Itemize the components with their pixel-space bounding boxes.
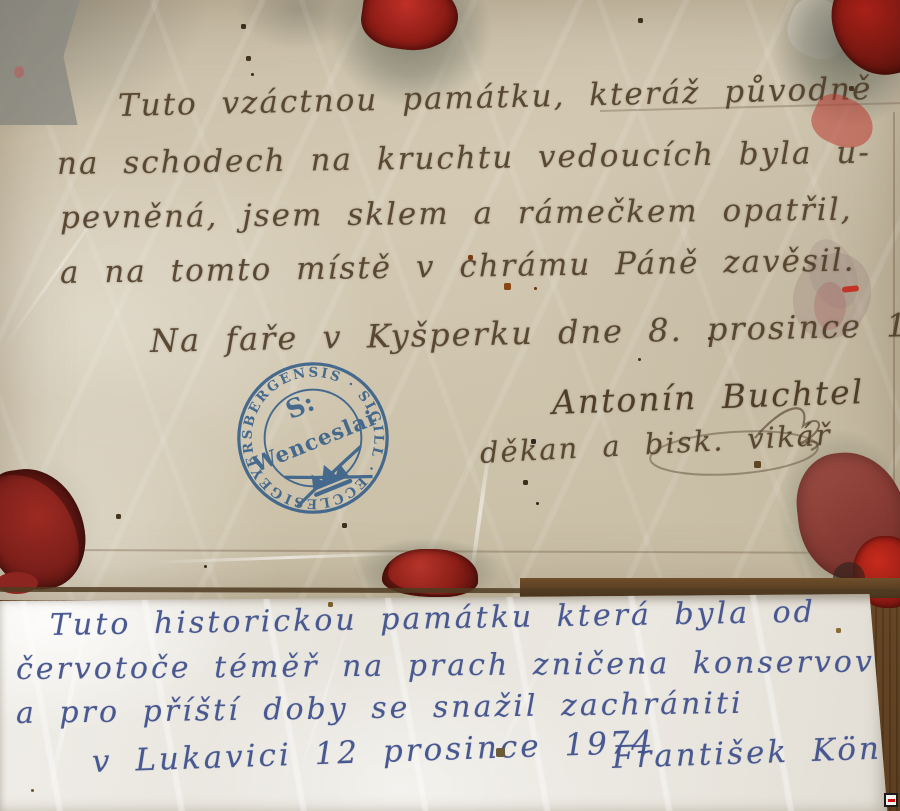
new-note-date-place: v Lukavici 12 prosince 1974 bbox=[91, 724, 656, 780]
old-note-line: Tuto vzáctnou památku, kteráž původně bbox=[118, 71, 873, 124]
old-document-1870: Tuto vzáctnou památku, kteráž původně na… bbox=[0, 0, 900, 600]
new-note-line: Tuto historickou památku která byla od bbox=[50, 595, 816, 643]
title-underline-oval bbox=[642, 426, 822, 482]
old-note-line: pevněná, jsem sklem a rámečkem opatřil, bbox=[60, 192, 853, 236]
church-seal-stamp: GEYERSBERGENSIS · SIGILL · ECCLESIÆ · S:… bbox=[227, 352, 399, 524]
conservation-note-1974: Tuto historickou památku která byla od č… bbox=[0, 594, 890, 811]
minus-icon bbox=[884, 793, 898, 807]
scanned-document-photo: Tuto vzáctnou památku, kteráž původně na… bbox=[0, 0, 900, 811]
old-note-line: a na tomto místě v chrámu Páně zavěsil. bbox=[60, 243, 856, 291]
old-note-line: na schodech na kruchtu vedoucích byla u- bbox=[57, 135, 871, 182]
new-note-line: červotoče téměř na prach zničena konserv… bbox=[16, 644, 900, 687]
stamp-abbr: S: bbox=[282, 387, 319, 425]
paper-specks bbox=[0, 0, 1, 1]
